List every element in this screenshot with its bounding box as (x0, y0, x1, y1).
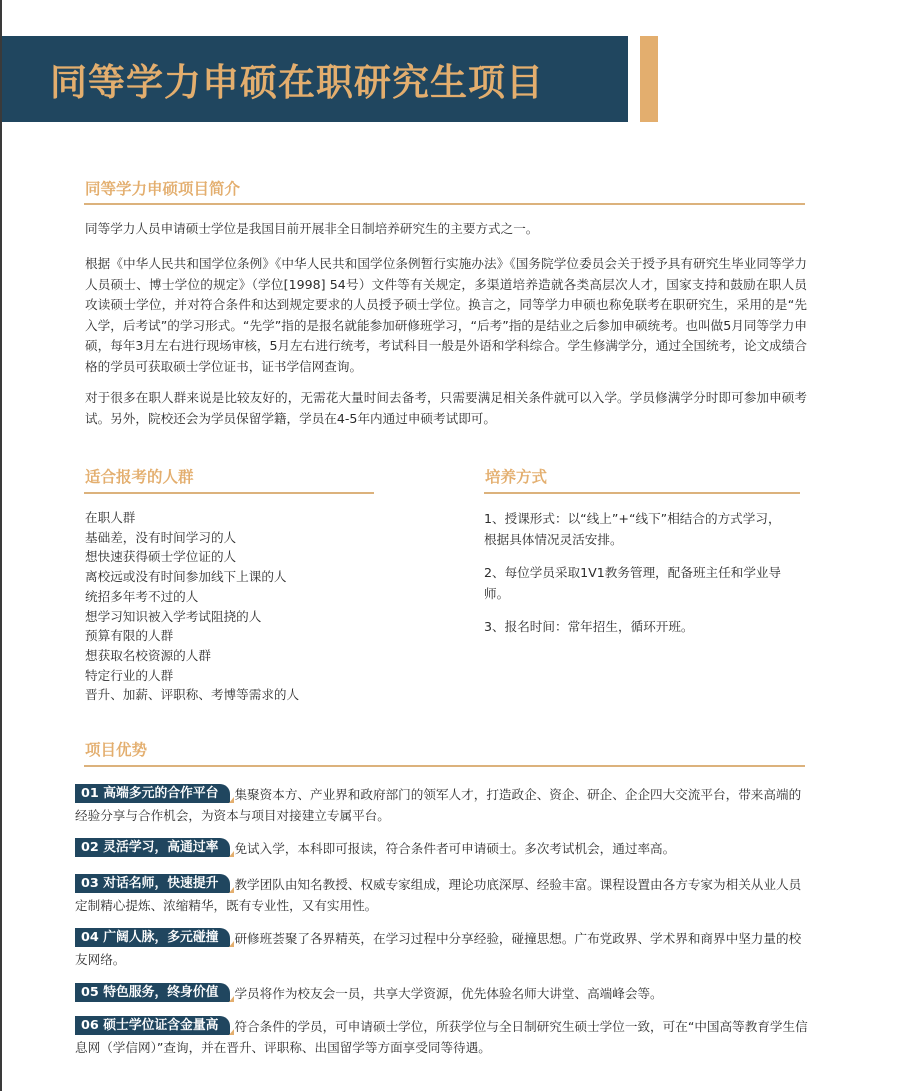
section-divider-intro (84, 203, 805, 205)
audience-item: 在职人群 (85, 508, 299, 528)
audience-item: 想快速获得硕士学位证的人 (85, 547, 299, 567)
page-title: 同等学力申硕在职研究生项目 (50, 52, 544, 106)
advantage-badge: 04 广阔人脉，多元碰撞 (75, 928, 230, 947)
section-title-advantages: 项目优势 (85, 738, 147, 760)
advantage-badge: 05 特色服务，终身价值 (75, 983, 230, 1002)
advantage-text: 学员将作为校友会一员，共享大学资源，优先体验名师大讲堂、高端峰会等。 (234, 986, 662, 1001)
advantage-item-5: 05 特色服务，终身价值学员将作为校友会一员，共享大学资源，优先体验名师大讲堂、… (75, 983, 809, 1004)
advantage-item-2: 02 灵活学习，高通过率免试入学，本科即可报读，符合条件者可申请硕士。多次考试机… (75, 838, 809, 859)
intro-paragraph-1: 同等学力人员申请硕士学位是我国目前开展非全日制培养研究生的主要方式之一。 (85, 219, 807, 240)
title-banner: 同等学力申硕在职研究生项目 (2, 36, 628, 122)
audience-item: 统招多年考不过的人 (85, 587, 299, 607)
audience-item: 预算有限的人群 (85, 626, 299, 646)
page-left-border (0, 0, 2, 1091)
section-divider-advantages (84, 765, 805, 767)
intro-paragraph-3: 对于很多在职人群来说是比较友好的，无需花大量时间去备考，只需要满足相关条件就可以… (85, 388, 807, 429)
banner-accent-bar (640, 36, 658, 122)
section-title-training: 培养方式 (485, 465, 547, 487)
training-item: 2、每位学员采取1V1教务管理，配备班主任和学业导师。 (484, 562, 784, 604)
section-divider-audience (84, 492, 374, 494)
audience-item: 晋升、加薪、评职称、考博等需求的人 (85, 685, 299, 705)
advantage-badge: 01 高端多元的合作平台 (75, 784, 230, 803)
audience-item: 离校远或没有时间参加线下上课的人 (85, 567, 299, 587)
training-item: 1、授课形式：以“线上”+“线下”相结合的方式学习，根据具体情况灵活安排。 (484, 508, 784, 550)
advantage-item-4: 04 广阔人脉，多元碰撞研修班荟聚了各界精英，在学习过程中分享经验，碰撞思想。广… (75, 928, 809, 970)
advantage-badge: 03 对话名师，快速提升 (75, 874, 230, 893)
section-divider-training (484, 492, 800, 494)
audience-item: 基础差，没有时间学习的人 (85, 528, 299, 548)
audience-item: 想学习知识被入学考试阻挠的人 (85, 607, 299, 627)
advantage-badge: 02 灵活学习，高通过率 (75, 838, 230, 857)
section-title-intro: 同等学力申硕项目简介 (85, 177, 240, 199)
section-title-audience: 适合报考的人群 (85, 465, 194, 487)
advantage-badge: 06 硕士学位证含金量高 (75, 1016, 230, 1035)
training-item: 3、报名时间：常年招生，循环开班。 (484, 616, 784, 637)
audience-list: 在职人群 基础差，没有时间学习的人 想快速获得硕士学位证的人 离校远或没有时间参… (85, 508, 299, 705)
advantage-text: 免试入学，本科即可报读，符合条件者可申请硕士。多次考试机会，通过率高。 (234, 841, 675, 856)
training-list: 1、授课形式：以“线上”+“线下”相结合的方式学习，根据具体情况灵活安排。 2、… (484, 508, 784, 649)
advantage-item-3: 03 对话名师，快速提升教学团队由知名教授、权威专家组成，理论功底深厚、经验丰富… (75, 874, 809, 916)
audience-item: 特定行业的人群 (85, 666, 299, 686)
intro-paragraph-2: 根据《中华人民共和国学位条例》《中华人民共和国学位条例暂行实施办法》《国务院学位… (85, 254, 807, 378)
advantage-item-6: 06 硕士学位证含金量高符合条件的学员，可申请硕士学位，所获学位与全日制研究生硕… (75, 1016, 809, 1058)
audience-item: 想获取名校资源的人群 (85, 646, 299, 666)
advantage-item-1: 01 高端多元的合作平台集聚资本方、产业界和政府部门的领军人才，打造政企、资企、… (75, 784, 809, 826)
